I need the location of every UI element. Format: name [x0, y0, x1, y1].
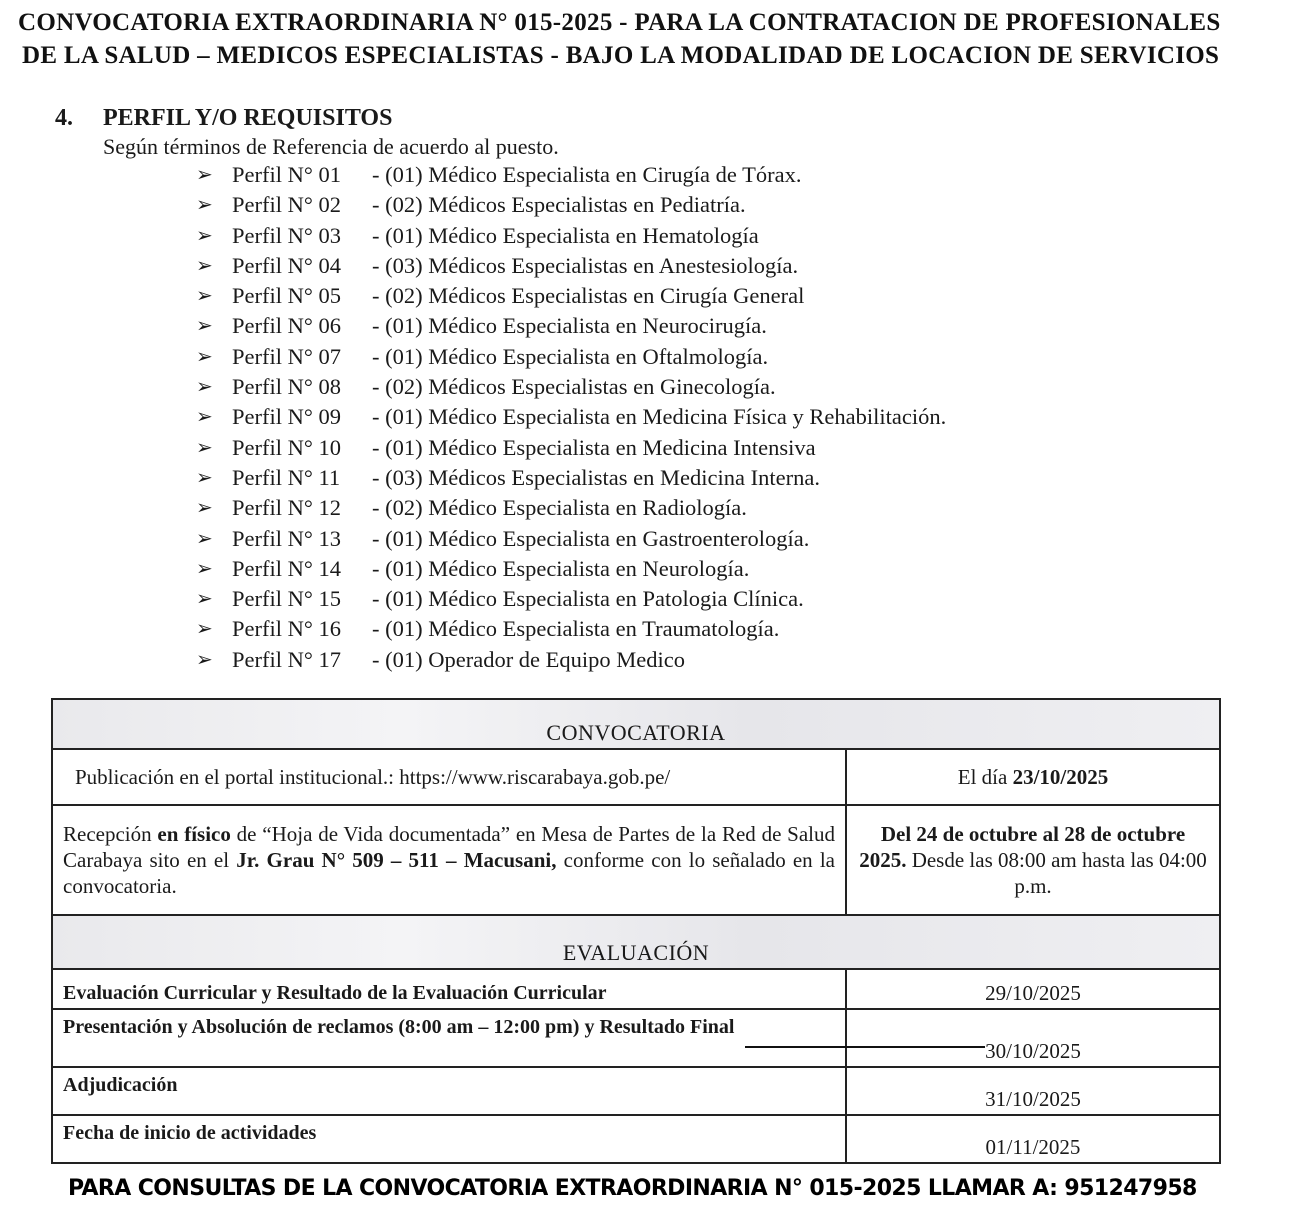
- list-item: ➢Perfil N° 09- (01) Médico Especialista …: [196, 402, 946, 432]
- list-item: ➢Perfil N° 02- (02) Médicos Especialista…: [196, 190, 946, 220]
- table-row: Adjudicación 31/10/2025: [52, 1067, 1220, 1115]
- profile-code: Perfil N° 16: [232, 614, 372, 644]
- profile-description: - (01) Médico Especialista en Gastroente…: [372, 524, 809, 554]
- table-row: Presentación y Absolución de reclamos (8…: [52, 1009, 1220, 1067]
- document-title: CONVOCATORIA EXTRAORDINARIA N° 015-2025 …: [18, 6, 1278, 72]
- section-number: 4.: [55, 103, 103, 133]
- profile-description: - (01) Médico Especialista en Neurocirug…: [372, 311, 767, 341]
- arrow-bullet-icon: ➢: [196, 402, 232, 432]
- list-item: ➢Perfil N° 14- (01) Médico Especialista …: [196, 554, 946, 584]
- profile-description: - (03) Médicos Especialistas en Anestesi…: [372, 251, 798, 281]
- profile-description: - (02) Médicos Especialistas en Ginecolo…: [372, 372, 776, 402]
- profile-description: - (03) Médicos Especialistas en Medicina…: [372, 463, 820, 493]
- publicacion-date-value: 23/10/2025: [1013, 765, 1109, 789]
- profile-code: Perfil N° 01: [232, 160, 372, 190]
- arrow-bullet-icon: ➢: [196, 372, 232, 402]
- arrow-bullet-icon: ➢: [196, 554, 232, 584]
- profile-code: Perfil N° 14: [232, 554, 372, 584]
- evaluacion-label: Presentación y Absolución de reclamos (8…: [52, 1009, 846, 1067]
- title-line-2: DE LA SALUD – MEDICOS ESPECIALISTAS - BA…: [18, 39, 1278, 72]
- arrow-bullet-icon: ➢: [196, 281, 232, 311]
- profile-code: Perfil N° 07: [232, 342, 372, 372]
- arrow-bullet-icon: ➢: [196, 645, 232, 675]
- list-item: ➢Perfil N° 17- (01) Operador de Equipo M…: [196, 645, 946, 675]
- arrow-bullet-icon: ➢: [196, 160, 232, 190]
- arrow-bullet-icon: ➢: [196, 251, 232, 281]
- profile-code: Perfil N° 15: [232, 584, 372, 614]
- publicacion-label: Publicación en el portal institucional.:…: [52, 749, 846, 805]
- evaluacion-date: 30/10/2025: [846, 1009, 1220, 1067]
- profile-description: - (01) Médico Especialista en Hematologí…: [372, 221, 759, 251]
- evaluacion-label: Adjudicación: [52, 1067, 846, 1115]
- requirements-section: 4.PERFIL Y/O REQUISITOS Según términos d…: [55, 103, 559, 161]
- arrow-bullet-icon: ➢: [196, 524, 232, 554]
- profile-code: Perfil N° 10: [232, 433, 372, 463]
- profile-description: - (01) Médico Especialista en Cirugía de…: [372, 160, 801, 190]
- profile-code: Perfil N° 13: [232, 524, 372, 554]
- list-item: ➢Perfil N° 13- (01) Médico Especialista …: [196, 524, 946, 554]
- recepcion-label: Recepción en físico de “Hoja de Vida doc…: [52, 805, 846, 915]
- arrow-bullet-icon: ➢: [196, 342, 232, 372]
- list-item: ➢Perfil N° 12- (02) Médico Especialista …: [196, 493, 946, 523]
- table-row: Recepción en físico de “Hoja de Vida doc…: [52, 805, 1220, 915]
- list-item: ➢Perfil N° 15- (01) Médico Especialista …: [196, 584, 946, 614]
- profile-description: - (01) Médico Especialista en Medicina F…: [372, 402, 946, 432]
- title-line-1: CONVOCATORIA EXTRAORDINARIA N° 015-2025 …: [18, 6, 1278, 39]
- list-item: ➢Perfil N° 03- (01) Médico Especialista …: [196, 221, 946, 251]
- convocatoria-header: CONVOCATORIA: [52, 699, 1220, 749]
- schedule-table: CONVOCATORIA Publicación en el portal in…: [51, 698, 1221, 1164]
- list-item: ➢Perfil N° 05- (02) Médicos Especialista…: [196, 281, 946, 311]
- list-item: ➢Perfil N° 10- (01) Médico Especialista …: [196, 433, 946, 463]
- evaluacion-date: 31/10/2025: [846, 1067, 1220, 1115]
- profile-description: - (02) Médicos Especialistas en Cirugía …: [372, 281, 804, 311]
- arrow-bullet-icon: ➢: [196, 221, 232, 251]
- profile-code: Perfil N° 06: [232, 311, 372, 341]
- handwritten-stroke: [745, 1046, 985, 1048]
- publicacion-date: El día 23/10/2025: [846, 749, 1220, 805]
- profile-code: Perfil N° 03: [232, 221, 372, 251]
- profile-description: - (01) Médico Especialista en Neurología…: [372, 554, 749, 584]
- profile-code: Perfil N° 08: [232, 372, 372, 402]
- profile-description: - (01) Médico Especialista en Patologia …: [372, 584, 804, 614]
- list-item: ➢Perfil N° 07- (01) Médico Especialista …: [196, 342, 946, 372]
- profile-description: - (01) Médico Especialista en Oftalmolog…: [372, 342, 768, 372]
- list-item: ➢Perfil N° 06- (01) Médico Especialista …: [196, 311, 946, 341]
- profile-code: Perfil N° 09: [232, 402, 372, 432]
- profile-code: Perfil N° 04: [232, 251, 372, 281]
- profile-description: - (01) Médico Especialista en Traumatolo…: [372, 614, 779, 644]
- evaluacion-header: EVALUACIÓN: [52, 915, 1220, 969]
- arrow-bullet-icon: ➢: [196, 311, 232, 341]
- recepcion-date: Del 24 de octubre al 28 de octubre 2025.…: [846, 805, 1220, 915]
- arrow-bullet-icon: ➢: [196, 190, 232, 220]
- list-item: ➢Perfil N° 04- (03) Médicos Especialista…: [196, 251, 946, 281]
- arrow-bullet-icon: ➢: [196, 584, 232, 614]
- arrow-bullet-icon: ➢: [196, 433, 232, 463]
- evaluacion-label: Fecha de inicio de actividades: [52, 1115, 846, 1163]
- list-item: ➢Perfil N° 11- (03) Médicos Especialista…: [196, 463, 946, 493]
- profile-code: Perfil N° 05: [232, 281, 372, 311]
- evaluacion-label: Evaluación Curricular y Resultado de la …: [52, 969, 846, 1009]
- arrow-bullet-icon: ➢: [196, 493, 232, 523]
- profile-list: ➢Perfil N° 01- (01) Médico Especialista …: [196, 160, 946, 675]
- evaluacion-date: 29/10/2025: [846, 969, 1220, 1009]
- table-row: Evaluación Curricular y Resultado de la …: [52, 969, 1220, 1009]
- section-heading: 4.PERFIL Y/O REQUISITOS: [55, 103, 559, 133]
- list-item: ➢Perfil N° 16- (01) Médico Especialista …: [196, 614, 946, 644]
- arrow-bullet-icon: ➢: [196, 614, 232, 644]
- profile-description: - (02) Médico Especialista en Radiología…: [372, 493, 747, 523]
- evaluacion-date: 01/11/2025: [846, 1115, 1220, 1163]
- profile-description: - (01) Operador de Equipo Medico: [372, 645, 685, 675]
- profile-code: Perfil N° 12: [232, 493, 372, 523]
- profile-description: - (01) Médico Especialista en Medicina I…: [372, 433, 816, 463]
- arrow-bullet-icon: ➢: [196, 463, 232, 493]
- contact-footer: PARA CONSULTAS DE LA CONVOCATORIA EXTRAO…: [68, 1176, 1197, 1201]
- table-row: Publicación en el portal institucional.:…: [52, 749, 1220, 805]
- table-row: Fecha de inicio de actividades 01/11/202…: [52, 1115, 1220, 1163]
- profile-description: - (02) Médicos Especialistas en Pediatrí…: [372, 190, 746, 220]
- profile-code: Perfil N° 17: [232, 645, 372, 675]
- section-title: PERFIL Y/O REQUISITOS: [103, 105, 392, 131]
- list-item: ➢Perfil N° 08- (02) Médicos Especialista…: [196, 372, 946, 402]
- profile-code: Perfil N° 11: [232, 463, 372, 493]
- section-subtitle: Según términos de Referencia de acuerdo …: [55, 133, 559, 161]
- list-item: ➢Perfil N° 01- (01) Médico Especialista …: [196, 160, 946, 190]
- profile-code: Perfil N° 02: [232, 190, 372, 220]
